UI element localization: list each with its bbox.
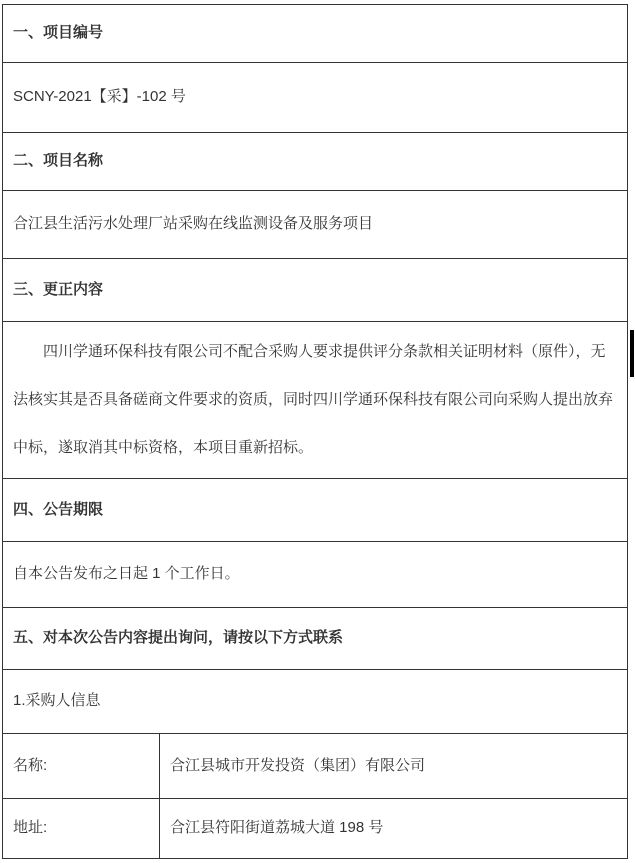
project-name-heading: 二、项目名称	[3, 133, 628, 191]
scrollbar-thumb[interactable]	[630, 330, 634, 377]
purchaser-address-value: 合江县符阳街道荔城大道 198 号	[160, 799, 628, 859]
purchaser-address-label: 地址:	[3, 799, 160, 859]
notice-table: 一、项目编号 SCNY-2021【采】-102 号 二、项目名称 合江县生活污水…	[2, 4, 628, 859]
table-row: 名称: 合江县城市开发投资（集团）有限公司	[3, 734, 628, 799]
table-row: 1.采购人信息	[3, 670, 628, 734]
table-row: 地址: 合江县符阳街道荔城大道 198 号	[3, 799, 628, 859]
table-row: SCNY-2021【采】-102 号	[3, 63, 628, 133]
project-number-value: SCNY-2021【采】-102 号	[3, 63, 628, 133]
table-row: 五、对本次公告内容提出询问，请按以下方式联系	[3, 608, 628, 670]
purchaser-name-label: 名称:	[3, 734, 160, 799]
correction-content-text: 四川学通环保科技有限公司不配合采购人要求提供评分条款相关证明材料（原件），无法核…	[3, 322, 628, 479]
table-row: 一、项目编号	[3, 5, 628, 63]
announcement-period-value: 自本公告发布之日起 1 个工作日。	[3, 542, 628, 608]
table-row: 二、项目名称	[3, 133, 628, 191]
table-row: 自本公告发布之日起 1 个工作日。	[3, 542, 628, 608]
page-container: 一、项目编号 SCNY-2021【采】-102 号 二、项目名称 合江县生活污水…	[2, 4, 628, 859]
contact-method-heading: 五、对本次公告内容提出询问，请按以下方式联系	[3, 608, 628, 670]
purchaser-info-subheading: 1.采购人信息	[3, 670, 628, 734]
correction-content-heading: 三、更正内容	[3, 259, 628, 322]
purchaser-name-value: 合江县城市开发投资（集团）有限公司	[160, 734, 628, 799]
table-row: 四川学通环保科技有限公司不配合采购人要求提供评分条款相关证明材料（原件），无法核…	[3, 322, 628, 479]
project-name-value: 合江县生活污水处理厂站采购在线监测设备及服务项目	[3, 191, 628, 259]
table-row: 三、更正内容	[3, 259, 628, 322]
announcement-period-heading: 四、公告期限	[3, 479, 628, 542]
table-row: 合江县生活污水处理厂站采购在线监测设备及服务项目	[3, 191, 628, 259]
project-number-heading: 一、项目编号	[3, 5, 628, 63]
table-row: 四、公告期限	[3, 479, 628, 542]
